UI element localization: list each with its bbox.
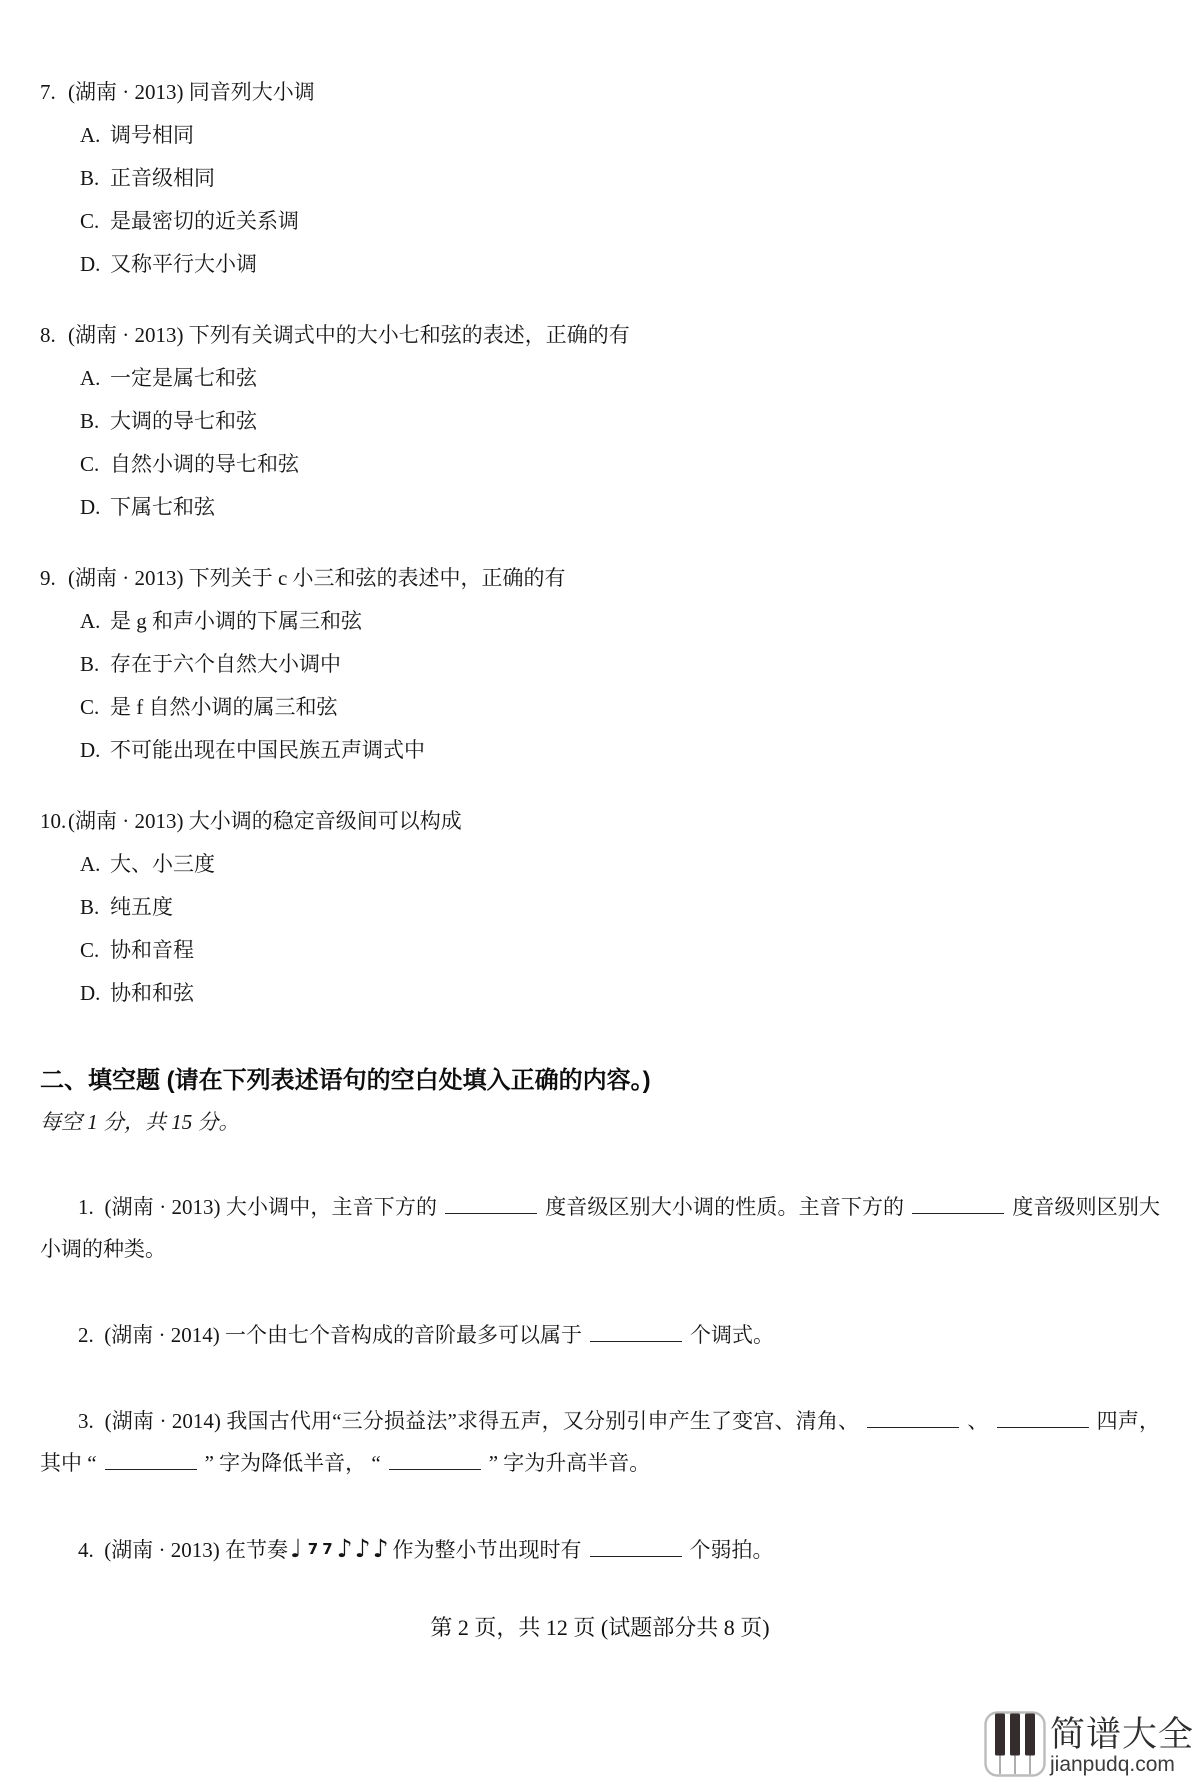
question-number: 7. [40, 80, 68, 104]
question-stem: 9.(湖南 · 2013) 下列关于 c 小三和弦的表述中，正确的有 [40, 566, 1160, 590]
question-number: 10. [40, 809, 68, 833]
text-segment: 个弱拍。 [690, 1538, 774, 1562]
option-text: 一定是属七和弦 [110, 366, 257, 390]
option-label: C. [80, 695, 110, 719]
fill-blank [105, 1451, 197, 1470]
option-row: B.正音级相同 [40, 166, 1160, 190]
option-row: C.自然小调的导七和弦 [40, 452, 1160, 476]
option-row: D.不可能出现在中国民族五声调式中 [40, 738, 1160, 762]
option-text: 存在于六个自然大小调中 [110, 652, 341, 676]
watermark-text: 简谱大全 jianpudq.com [1050, 1717, 1194, 1776]
option-label: B. [80, 652, 110, 676]
option-text: 又称平行大小调 [110, 252, 257, 276]
option-row: B.纯五度 [40, 895, 1160, 919]
option-text: 纯五度 [110, 895, 173, 919]
option-label: A. [80, 609, 110, 633]
option-text: 调号相同 [110, 123, 194, 147]
option-row: D.下属七和弦 [40, 495, 1160, 519]
question-text: (湖南 · 2013) 同音列大小调 [68, 80, 315, 104]
option-text: 大、小三度 [110, 852, 215, 876]
option-label: D. [80, 981, 110, 1005]
option-label: A. [80, 852, 110, 876]
option-row: A.大、小三度 [40, 852, 1160, 876]
fill-blank [445, 1195, 537, 1214]
option-text: 正音级相同 [110, 166, 215, 190]
option-row: A.调号相同 [40, 123, 1160, 147]
question-stem: 8.(湖南 · 2013) 下列有关调式中的大小七和弦的表述，正确的有 [40, 323, 1160, 347]
fill-question-list: 1. (湖南 · 2013) 大小调中，主音下方的度音级区别大小调的性质。主音下… [40, 1186, 1160, 1571]
music-notation: ♩ [290, 1534, 304, 1563]
fill-question-2: 2. (湖南 · 2014) 一个由七个音构成的音阶最多可以属于个调式。 [40, 1314, 1160, 1356]
text-segment: 作为整小节出现时有 [393, 1538, 582, 1562]
option-label: B. [80, 409, 110, 433]
mcq-question-8: 8.(湖南 · 2013) 下列有关调式中的大小七和弦的表述，正确的有 A.一定… [40, 323, 1160, 519]
option-row: D.协和和弦 [40, 981, 1160, 1005]
option-text: 是最密切的近关系调 [110, 209, 299, 233]
option-row: A.是 g 和声小调的下属三和弦 [40, 609, 1160, 633]
option-row: C.协和音程 [40, 938, 1160, 962]
option-text: 是 g 和声小调的下属三和弦 [110, 609, 362, 633]
mcq-question-7: 7.(湖南 · 2013) 同音列大小调 A.调号相同 B.正音级相同 C.是最… [40, 80, 1160, 276]
question-stem: 7.(湖南 · 2013) 同音列大小调 [40, 80, 1160, 104]
fill-blank [867, 1409, 959, 1428]
fill-blank [389, 1451, 481, 1470]
option-row: C.是最密切的近关系调 [40, 209, 1160, 233]
watermark: 简谱大全 jianpudq.com [984, 1711, 1194, 1782]
fill-question-1: 1. (湖南 · 2013) 大小调中，主音下方的度音级区别大小调的性质。主音下… [40, 1186, 1160, 1270]
fill-blank [912, 1195, 1004, 1214]
question-number: 9. [40, 566, 68, 590]
option-label: D. [80, 252, 110, 276]
text-segment: 、 [967, 1409, 988, 1433]
fill-question-4: 4. (湖南 · 2013) 在节奏♩77♪♪♪作为整小节出现时有个弱拍。 [40, 1528, 1160, 1571]
option-row: A.一定是属七和弦 [40, 366, 1160, 390]
fill-blank [590, 1323, 682, 1342]
option-row: D.又称平行大小调 [40, 252, 1160, 276]
page-number-footer: 第 2 页，共 12 页 (试题部分共 8 页) [40, 1615, 1160, 1641]
option-label: D. [80, 495, 110, 519]
option-label: B. [80, 895, 110, 919]
music-notation: ♪♪♪ [337, 1534, 391, 1563]
option-row: C.是 f 自然小调的属三和弦 [40, 695, 1160, 719]
option-text: 下属七和弦 [110, 495, 215, 519]
text-segment: ” 字为升高半音。 [489, 1451, 651, 1475]
option-row: B.存在于六个自然大小调中 [40, 652, 1160, 676]
fill-blank [997, 1409, 1089, 1428]
question-text: (湖南 · 2013) 下列关于 c 小三和弦的表述中，正确的有 [68, 566, 566, 590]
option-text: 协和和弦 [110, 981, 194, 1005]
option-label: C. [80, 209, 110, 233]
section-heading: 二、填空题 (请在下列表述语句的空白处填入正确的内容。) [40, 1067, 1160, 1095]
section-score-note: 每空 1 分，共 15 分。 [40, 1110, 1160, 1134]
option-label: C. [80, 938, 110, 962]
option-text: 协和音程 [110, 938, 194, 962]
text-segment: 度音级区别大小调的性质。主音下方的 [545, 1195, 904, 1219]
exam-page: 7.(湖南 · 2013) 同音列大小调 A.调号相同 B.正音级相同 C.是最… [0, 0, 1200, 1784]
option-label: C. [80, 452, 110, 476]
text-segment: 3. (湖南 · 2014) 我国古代用“三分损益法”求得五声，又分别引申产生了… [78, 1409, 859, 1433]
fill-blank [590, 1538, 682, 1557]
mcq-question-10: 10.(湖南 · 2013) 大小调的稳定音级间可以构成 A.大、小三度 B.纯… [40, 809, 1160, 1005]
text-segment: 个调式。 [690, 1323, 774, 1347]
text-segment: 4. (湖南 · 2013) 在节奏 [78, 1538, 288, 1562]
option-label: A. [80, 366, 110, 390]
mcq-question-9: 9.(湖南 · 2013) 下列关于 c 小三和弦的表述中，正确的有 A.是 g… [40, 566, 1160, 762]
option-row: B.大调的导七和弦 [40, 409, 1160, 433]
question-number: 8. [40, 323, 68, 347]
option-label: B. [80, 166, 110, 190]
option-text: 大调的导七和弦 [110, 409, 257, 433]
option-text: 自然小调的导七和弦 [110, 452, 299, 476]
page-content: 7.(湖南 · 2013) 同音列大小调 A.调号相同 B.正音级相同 C.是最… [0, 0, 1200, 1641]
option-label: D. [80, 738, 110, 762]
piano-keys-icon [984, 1711, 1046, 1782]
text-segment: ” 字为降低半音， “ [205, 1451, 381, 1475]
question-text: (湖南 · 2013) 大小调的稳定音级间可以构成 [68, 809, 462, 833]
music-notation: 7 [322, 1540, 332, 1558]
option-label: A. [80, 123, 110, 147]
fill-question-3: 3. (湖南 · 2014) 我国古代用“三分损益法”求得五声，又分别引申产生了… [40, 1400, 1160, 1484]
option-text: 不可能出现在中国民族五声调式中 [110, 738, 425, 762]
question-stem: 10.(湖南 · 2013) 大小调的稳定音级间可以构成 [40, 809, 1160, 833]
text-segment: 1. (湖南 · 2013) 大小调中，主音下方的 [78, 1195, 437, 1219]
option-text: 是 f 自然小调的属三和弦 [110, 695, 338, 719]
question-text: (湖南 · 2013) 下列有关调式中的大小七和弦的表述，正确的有 [68, 323, 630, 347]
watermark-site-name: 简谱大全 [1050, 1717, 1194, 1753]
text-segment: 2. (湖南 · 2014) 一个由七个音构成的音阶最多可以属于 [78, 1323, 582, 1347]
music-notation: 7 [308, 1540, 318, 1558]
watermark-site-domain: jianpudq.com [1050, 1753, 1175, 1776]
